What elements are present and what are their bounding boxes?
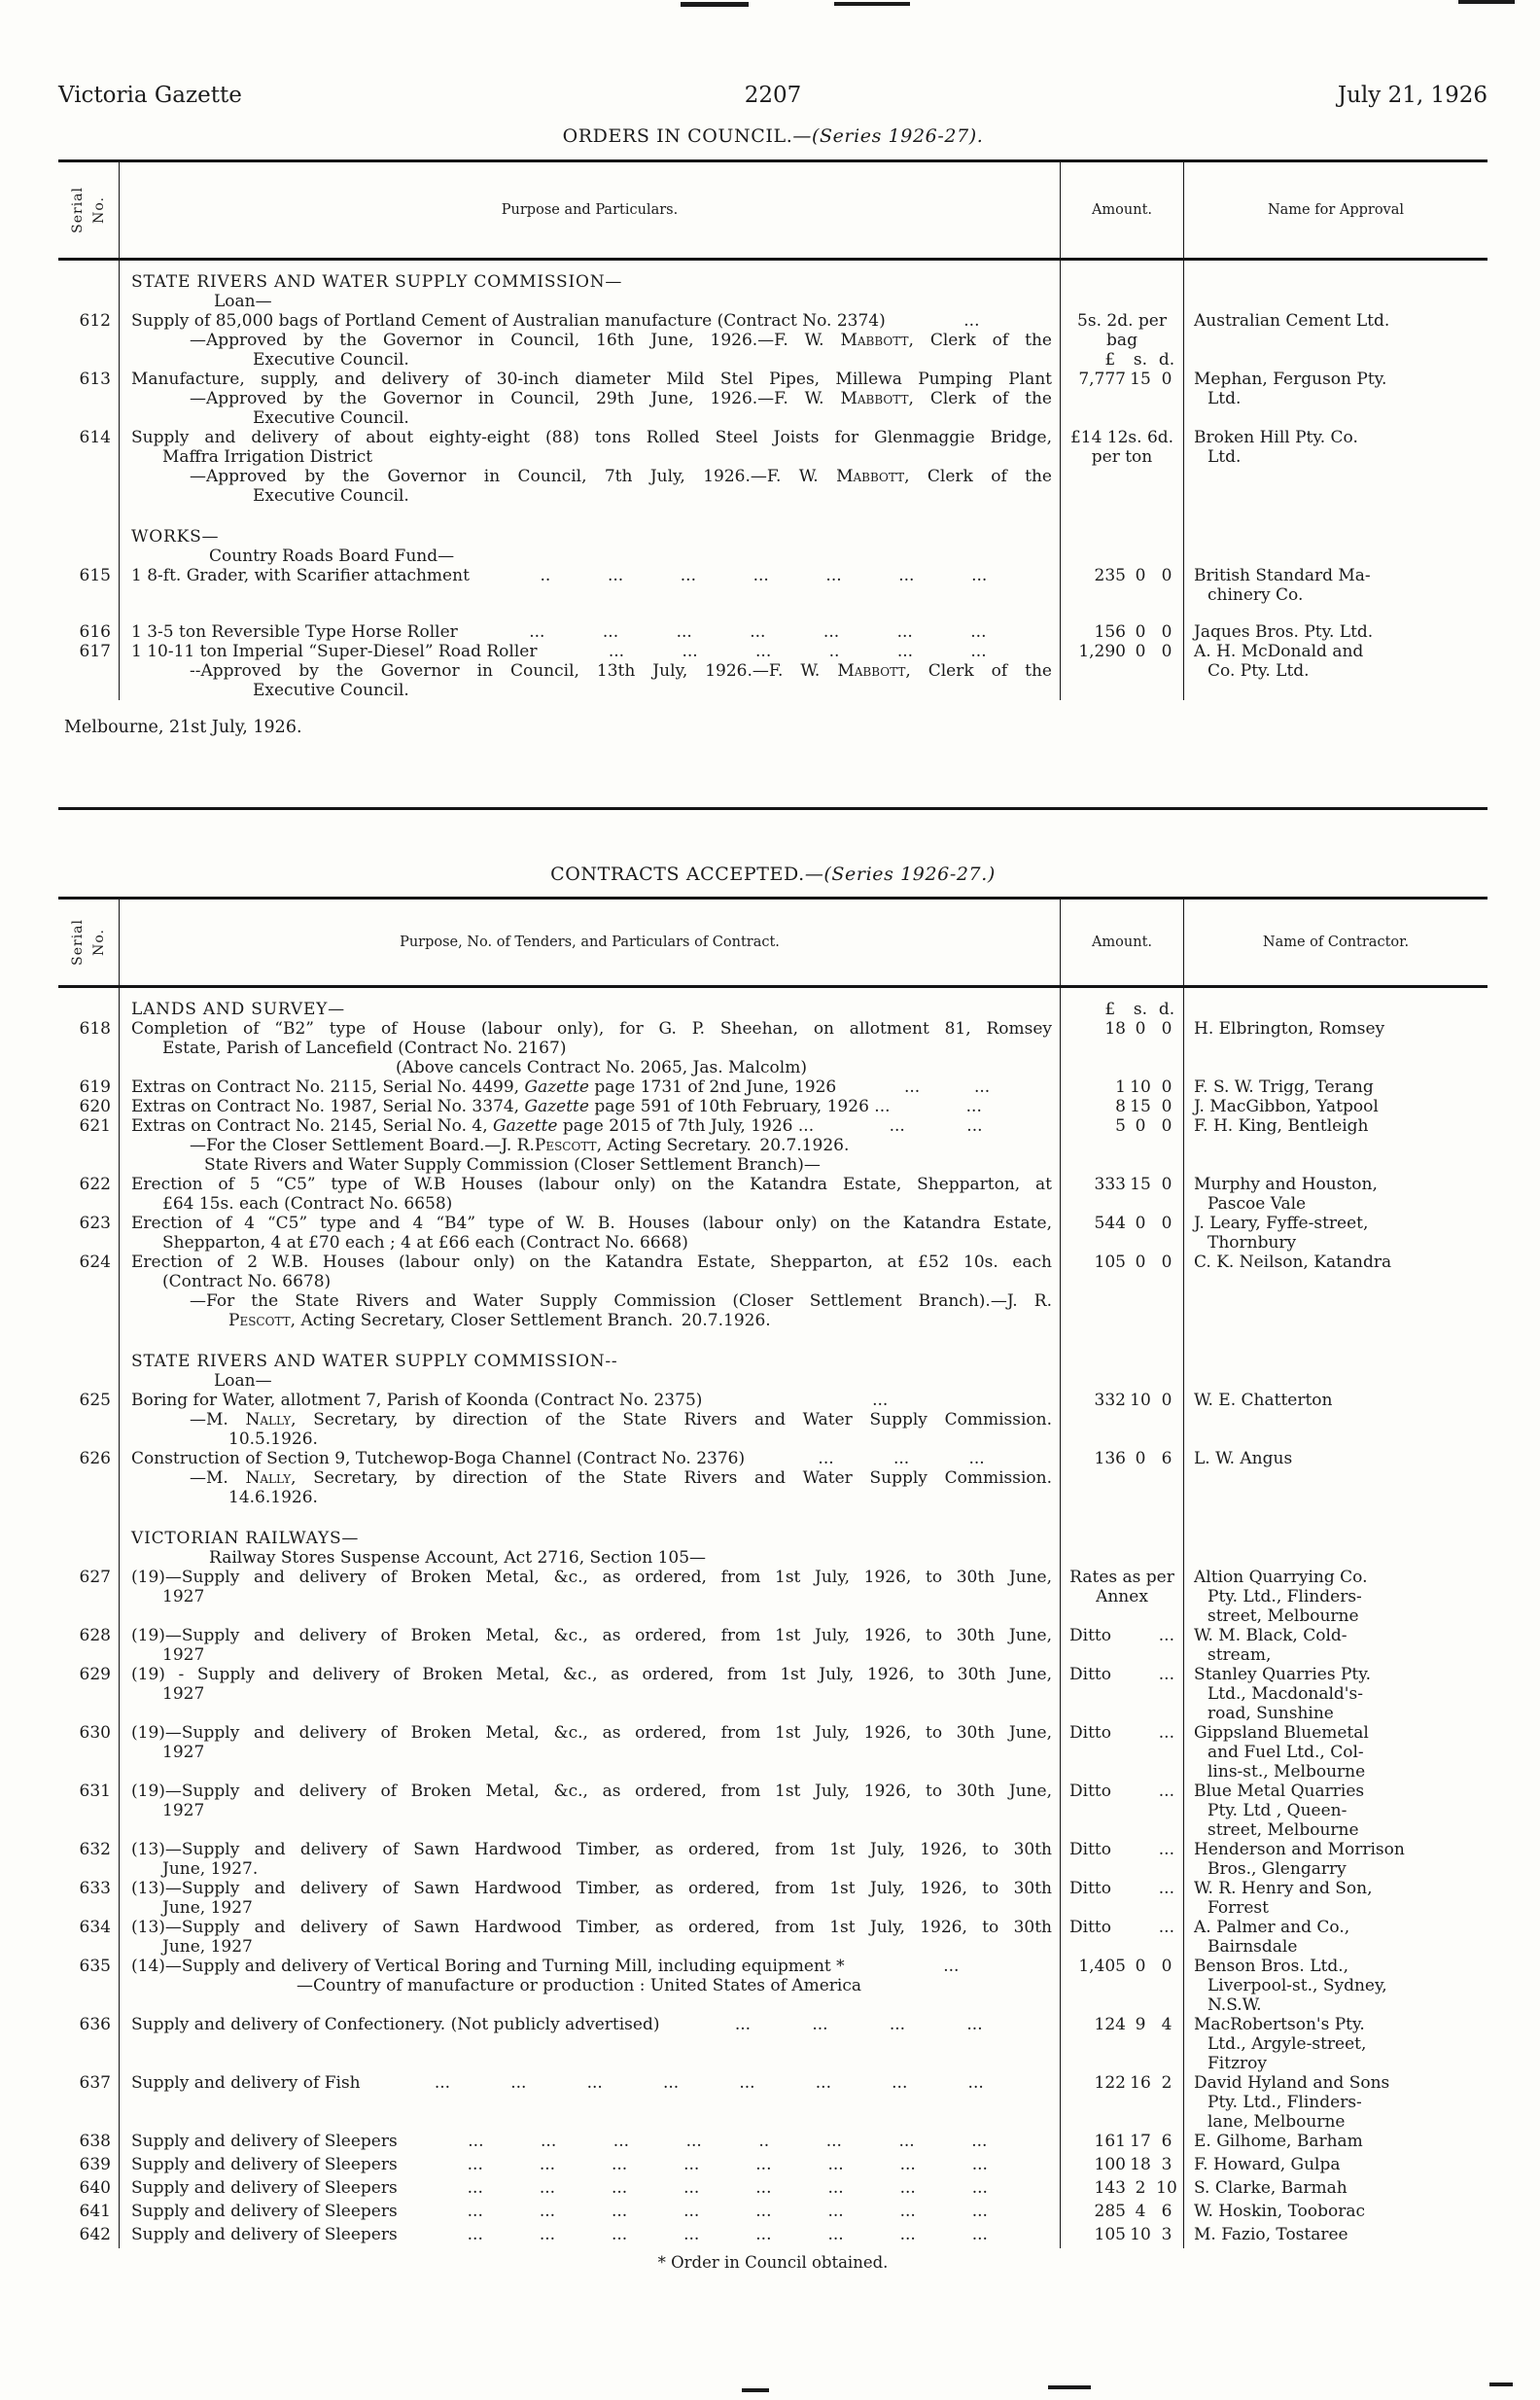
table-row: 612Supply of 85,000 bags of Portland Cem… — [58, 311, 1487, 370]
contractor-name-line: Altion Quarrying Co. — [1194, 1568, 1486, 1587]
contractor-name-cell: F. Howard, Gulpa — [1184, 2155, 1487, 2178]
purpose-line: Supply and delivery of Sleepers.........… — [131, 2132, 1052, 2151]
purpose-line: 1927 — [131, 1743, 1052, 1762]
contractor-name-cell: S. Clarke, Barmah — [1184, 2178, 1487, 2202]
serial-cell: 638 — [58, 2132, 120, 2155]
serial-cell — [58, 1548, 120, 1568]
serial-cell: 615 — [58, 566, 120, 622]
table-row: 620Extras on Contract No. 1987, Serial N… — [58, 1097, 1487, 1116]
table-row: 613Manufacture, supply, and delivery of … — [58, 370, 1487, 428]
amount-line: 161176 — [1066, 2132, 1178, 2151]
contractor-name-cell: J. MacGibbon, Yatpool — [1184, 1097, 1487, 1116]
amount-cell: 5s. 2d. perbag£ s.d. — [1060, 311, 1184, 370]
purpose-line: Supply and delivery of Fish.............… — [131, 2073, 1052, 2093]
orders-table-title: ORDERS IN COUNCIL.—(Series 1926-27). — [58, 126, 1487, 146]
section-heading: LANDS AND SURVEY— — [131, 1000, 1052, 1019]
contractor-name-line: W. R. Henry and Son, — [1194, 1879, 1486, 1898]
print-artifact — [834, 2, 910, 6]
contractor-name-cell: A. Palmer and Co.,Bairnsdale — [1184, 1918, 1487, 1957]
table-row: 624Erection of 2 W.B. Houses (labour onl… — [58, 1253, 1487, 1330]
purpose-line: Supply of 85,000 bags of Portland Cement… — [131, 311, 1052, 331]
purpose-cell: Erection of 5 “C5” type of W.B Houses (l… — [120, 1175, 1060, 1214]
orders-table-header: SerialNo. Purpose and Particulars. Amoun… — [58, 162, 1487, 261]
serial-header-text: Serial — [68, 919, 87, 966]
leader-dots: ...... — [836, 1077, 1052, 1097]
contractor-name-line: W. Hoskin, Tooborac — [1194, 2202, 1486, 2221]
amount-line: £14 12s. 6d. — [1066, 428, 1178, 447]
purpose-cell: Extras on Contract No. 2145, Serial No. … — [120, 1116, 1060, 1175]
amount-line: 332100 — [1066, 1391, 1178, 1410]
purpose-line: Supply and delivery of Sleepers.........… — [131, 2155, 1052, 2174]
purpose-line: 1 10-11 ton Imperial “Super-Diesel” Road… — [131, 642, 1052, 661]
serial-cell: 617 — [58, 642, 120, 700]
contractor-name-line: Bairnsdale — [1194, 1937, 1486, 1957]
purpose-line: (13)—Supply and delivery of Sawn Hardwoo… — [131, 1840, 1052, 1859]
contractor-name-cell — [1184, 988, 1487, 1019]
purpose-line: (14)—Supply and delivery of Vertical Bor… — [131, 1957, 1052, 1976]
purpose-line: 14.6.1926. — [131, 1488, 1052, 1507]
purpose-line: Construction of Section 9, Tutchewop-Bog… — [131, 1449, 1052, 1468]
amount-line: 143210 — [1066, 2178, 1178, 2198]
serial-cell: 642 — [58, 2225, 120, 2248]
contractor-name-line: F. S. W. Trigg, Terang — [1194, 1077, 1486, 1097]
purpose-line: 1927 — [131, 1684, 1052, 1704]
contractor-name-line: Australian Cement Ltd. — [1194, 311, 1486, 331]
amount-line: 5s. 2d. per — [1066, 311, 1178, 331]
leader-dots: ................. — [537, 642, 1052, 661]
table-row: 614Supply and delivery of about eighty-e… — [58, 428, 1487, 506]
purpose-line: Completion of “B2” type of House (labour… — [131, 1019, 1052, 1039]
purpose-line: (19)—Supply and delivery of Broken Metal… — [131, 1723, 1052, 1743]
purpose-cell: Loan— — [120, 1371, 1060, 1391]
leader-dots: ....................... — [398, 2132, 1052, 2151]
purpose-cell: Erection of 4 “C5” type and 4 “B4” type … — [120, 1214, 1060, 1253]
contractor-name-cell — [1184, 1507, 1487, 1548]
purpose-cell: (19) - Supply and delivery of Broken Met… — [120, 1665, 1060, 1723]
purpose-line: Erection of 4 “C5” type and 4 “B4” type … — [131, 1214, 1052, 1233]
table-row: 641Supply and delivery of Sleepers......… — [58, 2202, 1487, 2225]
gazette-page: Victoria Gazette 2207 July 21, 1926 ORDE… — [0, 0, 1540, 2400]
purpose-line: Executive Council. — [131, 486, 1052, 506]
amount-column-header: Amount. — [1060, 162, 1184, 258]
amount-line: 15600 — [1066, 622, 1178, 642]
amount-cell: Ditto... — [1060, 1723, 1184, 1782]
purpose-line: (13)—Supply and delivery of Sawn Hardwoo… — [131, 1879, 1052, 1898]
amount-cell: 12494 — [1060, 2015, 1184, 2073]
purpose-cell: (13)—Supply and delivery of Sawn Hardwoo… — [120, 1918, 1060, 1957]
serial-cell: 620 — [58, 1097, 120, 1116]
amount-cell: 8150 — [1060, 1097, 1184, 1116]
contractor-name-line: David Hyland and Sons — [1194, 2073, 1486, 2093]
contractor-name-cell: Broken Hill Pty. Co.Ltd. — [1184, 428, 1487, 506]
contractor-name-line: stream, — [1194, 1645, 1486, 1665]
purpose-line: Erection of 2 W.B. Houses (labour only) … — [131, 1253, 1052, 1272]
purpose-line: 1927 — [131, 1587, 1052, 1606]
purpose-line: (19)—Supply and delivery of Broken Metal… — [131, 1782, 1052, 1801]
contractor-name-cell: J. Leary, Fyffe-street,Thornbury — [1184, 1214, 1487, 1253]
serial-no-column-header: SerialNo. — [58, 162, 120, 258]
contractor-name-cell: MacRobertson's Pty.Ltd., Argyle-street,F… — [1184, 2015, 1487, 2073]
contractor-name-line: Pty. Ltd , Queen- — [1194, 1801, 1486, 1820]
purpose-cell: Manufacture, supply, and delivery of 30-… — [120, 370, 1060, 428]
contractor-name-line: F. Howard, Gulpa — [1194, 2155, 1486, 2174]
contractor-name-line: Pascoe Vale — [1194, 1194, 1486, 1214]
section-heading: WORKS— — [131, 527, 1052, 547]
purpose-line: Executive Council. — [131, 408, 1052, 428]
purpose-line: 10.5.1926. — [131, 1429, 1052, 1449]
amount-line: 122162 — [1066, 2073, 1178, 2093]
amount-cell: 333150 — [1060, 1175, 1184, 1214]
contractor-name-line: Jaques Bros. Pty. Ltd. — [1194, 622, 1486, 642]
contractor-name-cell — [1184, 261, 1487, 292]
amount-line: 13606 — [1066, 1449, 1178, 1468]
masthead: Victoria Gazette 2207 July 21, 1926 — [58, 86, 1487, 105]
serial-cell: 633 — [58, 1879, 120, 1918]
purpose-line: Executive Council. — [131, 681, 1052, 700]
contractor-name-line: Ltd., Argyle-street, — [1194, 2034, 1486, 2054]
amount-cell — [1060, 1507, 1184, 1548]
table-row: 6161 3-5 ton Reversible Type Horse Rolle… — [58, 622, 1487, 642]
serial-cell: 630 — [58, 1723, 120, 1782]
table-row: 639Supply and delivery of Sleepers......… — [58, 2155, 1487, 2178]
contractor-name-line: road, Sunshine — [1194, 1704, 1486, 1723]
amount-cell: 500 — [1060, 1116, 1184, 1175]
purpose-cell: Loan— — [120, 292, 1060, 311]
contractor-name-line: W. M. Black, Cold- — [1194, 1626, 1486, 1645]
purpose-line: —Approved by the Governor in Council, 29… — [131, 389, 1052, 408]
amount-cell: 1,40500 — [1060, 1957, 1184, 2015]
contractor-name-cell: Stanley Quarries Pty.Ltd., Macdonald's-r… — [1184, 1665, 1487, 1723]
contractor-name-cell — [1184, 1548, 1487, 1568]
purpose-column-header: Purpose, No. of Tenders, and Particulars… — [120, 900, 1060, 985]
table-row: 632(13)—Supply and delivery of Sawn Hard… — [58, 1840, 1487, 1879]
contractor-name-line: N.S.W. — [1194, 1995, 1486, 2015]
contractor-name-cell — [1184, 1330, 1487, 1371]
amount-cell: £ s.d. — [1060, 988, 1184, 1019]
purpose-cell: Supply and delivery of Sleepers.........… — [120, 2225, 1060, 2248]
purpose-cell: Country Roads Board Fund— — [120, 547, 1060, 566]
amount-line: 7,777150 — [1066, 370, 1178, 389]
contractor-name-cell: Blue Metal QuarriesPty. Ltd , Queen-stre… — [1184, 1782, 1487, 1840]
contractor-name-cell: F. S. W. Trigg, Terang — [1184, 1077, 1487, 1097]
subsection-heading: Railway Stores Suspense Account, Act 271… — [131, 1548, 1052, 1568]
contractor-name-line: lins-st., Melbourne — [1194, 1762, 1486, 1782]
contractor-name-cell: Jaques Bros. Pty. Ltd. — [1184, 622, 1487, 642]
purpose-cell: (13)—Supply and delivery of Sawn Hardwoo… — [120, 1879, 1060, 1918]
purpose-line: —M. Nally, Secretary, by direction of th… — [131, 1410, 1052, 1429]
table-section-row: STATE RIVERS AND WATER SUPPLY COMMISSION… — [58, 1330, 1487, 1371]
contractor-name-cell: Henderson and MorrisonBros., Glengarry — [1184, 1840, 1487, 1879]
amount-cell: 54400 — [1060, 1214, 1184, 1253]
page-content: Victoria Gazette 2207 July 21, 1926 ORDE… — [58, 0, 1487, 2273]
contractor-name-line: Pty. Ltd., Flinders- — [1194, 1587, 1486, 1606]
serial-cell: 635 — [58, 1957, 120, 2015]
table-section-row: Loan— — [58, 292, 1487, 311]
contractor-name-cell: Australian Cement Ltd. — [1184, 311, 1487, 370]
purpose-line: June, 1927. — [131, 1859, 1052, 1879]
table-row: 622Erection of 5 “C5” type of W.B Houses… — [58, 1175, 1487, 1214]
amount-cell: 161176 — [1060, 2132, 1184, 2155]
serial-cell: 619 — [58, 1077, 120, 1097]
serial-cell — [58, 1371, 120, 1391]
amount-cell: Ditto... — [1060, 1840, 1184, 1879]
contractor-name-cell: L. W. Angus — [1184, 1449, 1487, 1507]
leader-dots: ... — [845, 1957, 1052, 1976]
amount-line: 12494 — [1066, 2015, 1178, 2034]
print-artifact — [681, 2, 749, 7]
serial-cell — [58, 292, 120, 311]
amount-cell: 15600 — [1060, 622, 1184, 642]
contractor-name-line: S. Clarke, Barmah — [1194, 2178, 1486, 2198]
contractor-name-cell: Murphy and Houston,Pascoe Vale — [1184, 1175, 1487, 1214]
amount-line: per ton — [1066, 447, 1178, 467]
purpose-line: Pescott, Acting Secretary, Closer Settle… — [131, 1311, 1052, 1330]
amount-line: Ditto... — [1066, 1918, 1178, 1937]
serial-cell: 616 — [58, 622, 120, 642]
amount-cell: 28546 — [1060, 2202, 1184, 2225]
contractor-name-line: Forrest — [1194, 1898, 1486, 1918]
leader-dots: ..................... — [458, 622, 1052, 642]
serial-cell: 632 — [58, 1840, 120, 1879]
purpose-line: —M. Nally, Secretary, by direction of th… — [131, 1468, 1052, 1488]
table-row: 637Supply and delivery of Fish..........… — [58, 2073, 1487, 2132]
amount-line: 1800 — [1066, 1019, 1178, 1039]
serial-cell: 640 — [58, 2178, 120, 2202]
contractor-name-cell: Altion Quarrying Co.Pty. Ltd., Flinders-… — [1184, 1568, 1487, 1626]
amount-line: 105103 — [1066, 2225, 1178, 2244]
contractor-name-line: Blue Metal Quarries — [1194, 1782, 1486, 1801]
contractor-name-cell: M. Fazio, Tostaree — [1184, 2225, 1487, 2248]
amount-line: 1,29000 — [1066, 642, 1178, 661]
purpose-line: (19)—Supply and delivery of Broken Metal… — [131, 1568, 1052, 1587]
amount-cell: Rates as perAnnex — [1060, 1568, 1184, 1626]
contractor-name-cell: Benson Bros. Ltd.,Liverpool-st., Sydney,… — [1184, 1957, 1487, 2015]
purpose-line: —For the State Rivers and Water Supply C… — [131, 1291, 1052, 1311]
purpose-cell: Extras on Contract No. 1987, Serial No. … — [120, 1097, 1060, 1116]
serial-cell — [58, 547, 120, 566]
purpose-cell: Supply and delivery of Sleepers.........… — [120, 2202, 1060, 2225]
table-section-row: STATE RIVERS AND WATER SUPPLY COMMISSION… — [58, 261, 1487, 292]
contractor-name-line: chinery Co. — [1194, 585, 1486, 605]
amount-cell: Ditto... — [1060, 1918, 1184, 1957]
amount-cell: Ditto... — [1060, 1782, 1184, 1840]
purpose-line: Manufacture, supply, and delivery of 30-… — [131, 370, 1052, 389]
serial-cell: 636 — [58, 2015, 120, 2073]
serial-cell: 626 — [58, 1449, 120, 1507]
amount-line: Rates as per — [1066, 1568, 1178, 1587]
contractor-name-line: A. H. McDonald and — [1194, 642, 1486, 661]
purpose-line: Supply and delivery of Sleepers.........… — [131, 2178, 1052, 2198]
amount-line: 10500 — [1066, 1253, 1178, 1272]
table-row: 6171 10-11 ton Imperial “Super-Diesel” R… — [58, 642, 1487, 700]
leader-dots: ........................ — [398, 2155, 1052, 2174]
amount-cell: 10500 — [1060, 1253, 1184, 1330]
amount-cell — [1060, 547, 1184, 566]
amount-line: Ditto... — [1066, 1879, 1178, 1898]
contractor-name-line: Ltd., Macdonald's- — [1194, 1684, 1486, 1704]
name-column-header: Name of Contractor. — [1184, 900, 1487, 985]
contractor-name-cell: Gippsland Bluemetaland Fuel Ltd., Col-li… — [1184, 1723, 1487, 1782]
table-row: 634(13)—Supply and delivery of Sawn Hard… — [58, 1918, 1487, 1957]
subsection-heading: Country Roads Board Fund— — [131, 547, 1052, 566]
contractor-name-line: street, Melbourne — [1194, 1820, 1486, 1840]
contractor-name-cell: British Standard Ma-chinery Co. — [1184, 566, 1487, 622]
orders-title-series: —(Series 1926-27). — [792, 125, 983, 147]
contractor-name-line: Pty. Ltd., Flinders- — [1194, 2093, 1486, 2112]
contracts-accepted-table: SerialNo. Purpose, No. of Tenders, and P… — [58, 897, 1487, 2248]
amount-line: Ditto... — [1066, 1626, 1178, 1645]
purpose-cell: Supply and delivery of about eighty-eigh… — [120, 428, 1060, 506]
purpose-line: Shepparton, 4 at £70 each ; 4 at £66 eac… — [131, 1233, 1052, 1253]
serial-cell — [58, 988, 120, 1019]
serial-header-text: Serial — [68, 187, 87, 233]
amount-cell: 332100 — [1060, 1391, 1184, 1449]
leader-dots: ......... — [745, 1449, 1052, 1468]
leader-dots: .................... — [470, 566, 1052, 585]
table-row: 625Boring for Water, allotment 7, Parish… — [58, 1391, 1487, 1449]
table-row: 638Supply and delivery of Sleepers......… — [58, 2132, 1487, 2155]
print-artifact — [1048, 2385, 1091, 2389]
contractor-name-line: Broken Hill Pty. Co. — [1194, 428, 1486, 447]
contractor-name-line: H. Elbrington, Romsey — [1194, 1019, 1486, 1039]
amount-cell: Ditto... — [1060, 1879, 1184, 1918]
purpose-cell: Supply of 85,000 bags of Portland Cement… — [120, 311, 1060, 370]
contractor-name-line: Gippsland Bluemetal — [1194, 1723, 1486, 1743]
amount-column-header: Amount. — [1060, 900, 1184, 985]
serial-cell: 637 — [58, 2073, 120, 2132]
contractor-name-cell: F. H. King, Bentleigh — [1184, 1116, 1487, 1175]
amount-cell — [1060, 1330, 1184, 1371]
purpose-cell: Supply and delivery of Fish.............… — [120, 2073, 1060, 2132]
purpose-line: 1927 — [131, 1645, 1052, 1665]
purpose-line: (19)—Supply and delivery of Broken Metal… — [131, 1626, 1052, 1645]
table-row: 630(19)—Supply and delivery of Broken Me… — [58, 1723, 1487, 1782]
table-row: 627(19)—Supply and delivery of Broken Me… — [58, 1568, 1487, 1626]
amount-cell — [1060, 261, 1184, 292]
table-section-row: VICTORIAN RAILWAYS— — [58, 1507, 1487, 1548]
contracts-table-title: CONTRACTS ACCEPTED.—(Series 1926-27.) — [58, 865, 1487, 884]
contracts-table-body: LANDS AND SURVEY—£ s.d.618Completion of … — [58, 988, 1487, 2248]
contractor-name-line: Benson Bros. Ltd., — [1194, 1957, 1486, 1976]
serial-cell: 613 — [58, 370, 120, 428]
contractor-name-cell: A. H. McDonald andCo. Pty. Ltd. — [1184, 642, 1487, 700]
amount-line: 28546 — [1066, 2202, 1178, 2221]
purpose-line: Boring for Water, allotment 7, Parish of… — [131, 1391, 1052, 1410]
purpose-cell: STATE RIVERS AND WATER SUPPLY COMMISSION… — [120, 261, 1060, 292]
purpose-line: Estate, Parish of Lancefield (Contract N… — [131, 1039, 1052, 1058]
amount-cell — [1060, 1548, 1184, 1568]
contractor-name-line: Ltd. — [1194, 447, 1486, 467]
leader-dots: ........................ — [361, 2073, 1052, 2093]
leader-dots: ........................ — [398, 2202, 1052, 2221]
amount-line: bag — [1066, 331, 1178, 350]
amount-line: Ditto... — [1066, 1723, 1178, 1743]
contractor-name-cell: W. E. Chatterton — [1184, 1391, 1487, 1449]
print-artifact — [742, 2388, 769, 2392]
purpose-cell: (13)—Supply and delivery of Sawn Hardwoo… — [120, 1840, 1060, 1879]
purpose-line: Erection of 5 “C5” type of W.B Houses (l… — [131, 1175, 1052, 1194]
amount-cell — [1060, 292, 1184, 311]
purpose-line: 1 8-ft. Grader, with Scarifier attachmen… — [131, 566, 1052, 585]
serial-cell — [58, 1330, 120, 1371]
purpose-line: --Approved by the Governor in Council, 1… — [131, 661, 1052, 681]
serial-cell — [58, 261, 120, 292]
table-row: 629(19) - Supply and delivery of Broken … — [58, 1665, 1487, 1723]
purpose-line: (Above cancels Contract No. 2065, Jas. M… — [131, 1058, 1052, 1077]
purpose-cell: Railway Stores Suspense Account, Act 271… — [120, 1548, 1060, 1568]
purpose-cell: LANDS AND SURVEY— — [120, 988, 1060, 1019]
contractor-name-line: Bros., Glengarry — [1194, 1859, 1486, 1879]
orders-in-council-table: SerialNo. Purpose and Particulars. Amoun… — [58, 159, 1487, 700]
print-artifact — [1489, 2382, 1513, 2386]
purpose-line: Executive Council. — [131, 350, 1052, 370]
amount-cell: 1800 — [1060, 1019, 1184, 1077]
table-section-row: Loan— — [58, 1371, 1487, 1391]
contractor-name-line: C. K. Neilson, Katandra — [1194, 1253, 1486, 1272]
contractor-name-cell — [1184, 292, 1487, 311]
amount-cell: 100183 — [1060, 2155, 1184, 2178]
section-divider-rule — [58, 807, 1487, 810]
serial-header-text: No. — [89, 929, 109, 956]
purpose-line: Supply and delivery of about eighty-eigh… — [131, 428, 1052, 447]
purpose-cell: STATE RIVERS AND WATER SUPPLY COMMISSION… — [120, 1330, 1060, 1371]
table-row: 631(19)—Supply and delivery of Broken Me… — [58, 1782, 1487, 1840]
purpose-line: —Country of manufacture or production : … — [131, 1976, 1052, 1995]
amount-line: 23500 — [1066, 566, 1178, 585]
purpose-cell: (19)—Supply and delivery of Broken Metal… — [120, 1723, 1060, 1782]
amount-cell: Ditto... — [1060, 1626, 1184, 1665]
amount-cell: £14 12s. 6d.per ton — [1060, 428, 1184, 506]
table-row: 640Supply and delivery of Sleepers......… — [58, 2178, 1487, 2202]
contracts-title-main: CONTRACTS ACCEPTED. — [550, 864, 805, 885]
leader-dots: ...... — [814, 1116, 1052, 1136]
table-row: 619Extras on Contract No. 2115, Serial N… — [58, 1077, 1487, 1097]
order-in-council-footnote: * Order in Council obtained. — [58, 2253, 1487, 2273]
contractor-name-cell: Mephan, Ferguson Pty.Ltd. — [1184, 370, 1487, 428]
contracts-table-header: SerialNo. Purpose, No. of Tenders, and P… — [58, 900, 1487, 988]
amount-cell: 1100 — [1060, 1077, 1184, 1097]
serial-cell: 622 — [58, 1175, 120, 1214]
serial-cell: 618 — [58, 1019, 120, 1077]
print-artifact — [1458, 0, 1515, 4]
amount-cell: 122162 — [1060, 2073, 1184, 2132]
leader-dots: ........................ — [398, 2225, 1052, 2244]
contractor-name-line: Liverpool-st., Sydney, — [1194, 1976, 1486, 1995]
serial-cell: 631 — [58, 1782, 120, 1840]
serial-cell: 625 — [58, 1391, 120, 1449]
purpose-line: Extras on Contract No. 2145, Serial No. … — [131, 1116, 1052, 1136]
contractor-name-line: lane, Melbourne — [1194, 2112, 1486, 2132]
amount-line: Ditto... — [1066, 1782, 1178, 1801]
purpose-cell: Boring for Water, allotment 7, Parish of… — [120, 1391, 1060, 1449]
amount-line: Annex — [1066, 1587, 1178, 1606]
contractor-name-cell: W. Hoskin, Tooborac — [1184, 2202, 1487, 2225]
serial-no-column-header: SerialNo. — [58, 900, 120, 985]
contractor-name-line: British Standard Ma- — [1194, 566, 1486, 585]
contractor-name-line: Murphy and Houston, — [1194, 1175, 1486, 1194]
contractor-name-line: E. Gilhome, Barham — [1194, 2132, 1486, 2151]
amount-cell: Ditto... — [1060, 1665, 1184, 1723]
table-row: 618Completion of “B2” type of House (lab… — [58, 1019, 1487, 1077]
contracts-title-series: —(Series 1926-27.) — [805, 864, 996, 885]
page-number: 2207 — [535, 86, 1011, 105]
contractor-name-cell — [1184, 547, 1487, 566]
purpose-line: June, 1927 — [131, 1898, 1052, 1918]
table-section-row: Railway Stores Suspense Account, Act 271… — [58, 1548, 1487, 1568]
amount-line: £ s.d. — [1066, 350, 1178, 370]
purpose-line: 1 3-5 ton Reversible Type Horse Roller..… — [131, 622, 1052, 642]
table-row: 621Extras on Contract No. 2145, Serial N… — [58, 1116, 1487, 1175]
